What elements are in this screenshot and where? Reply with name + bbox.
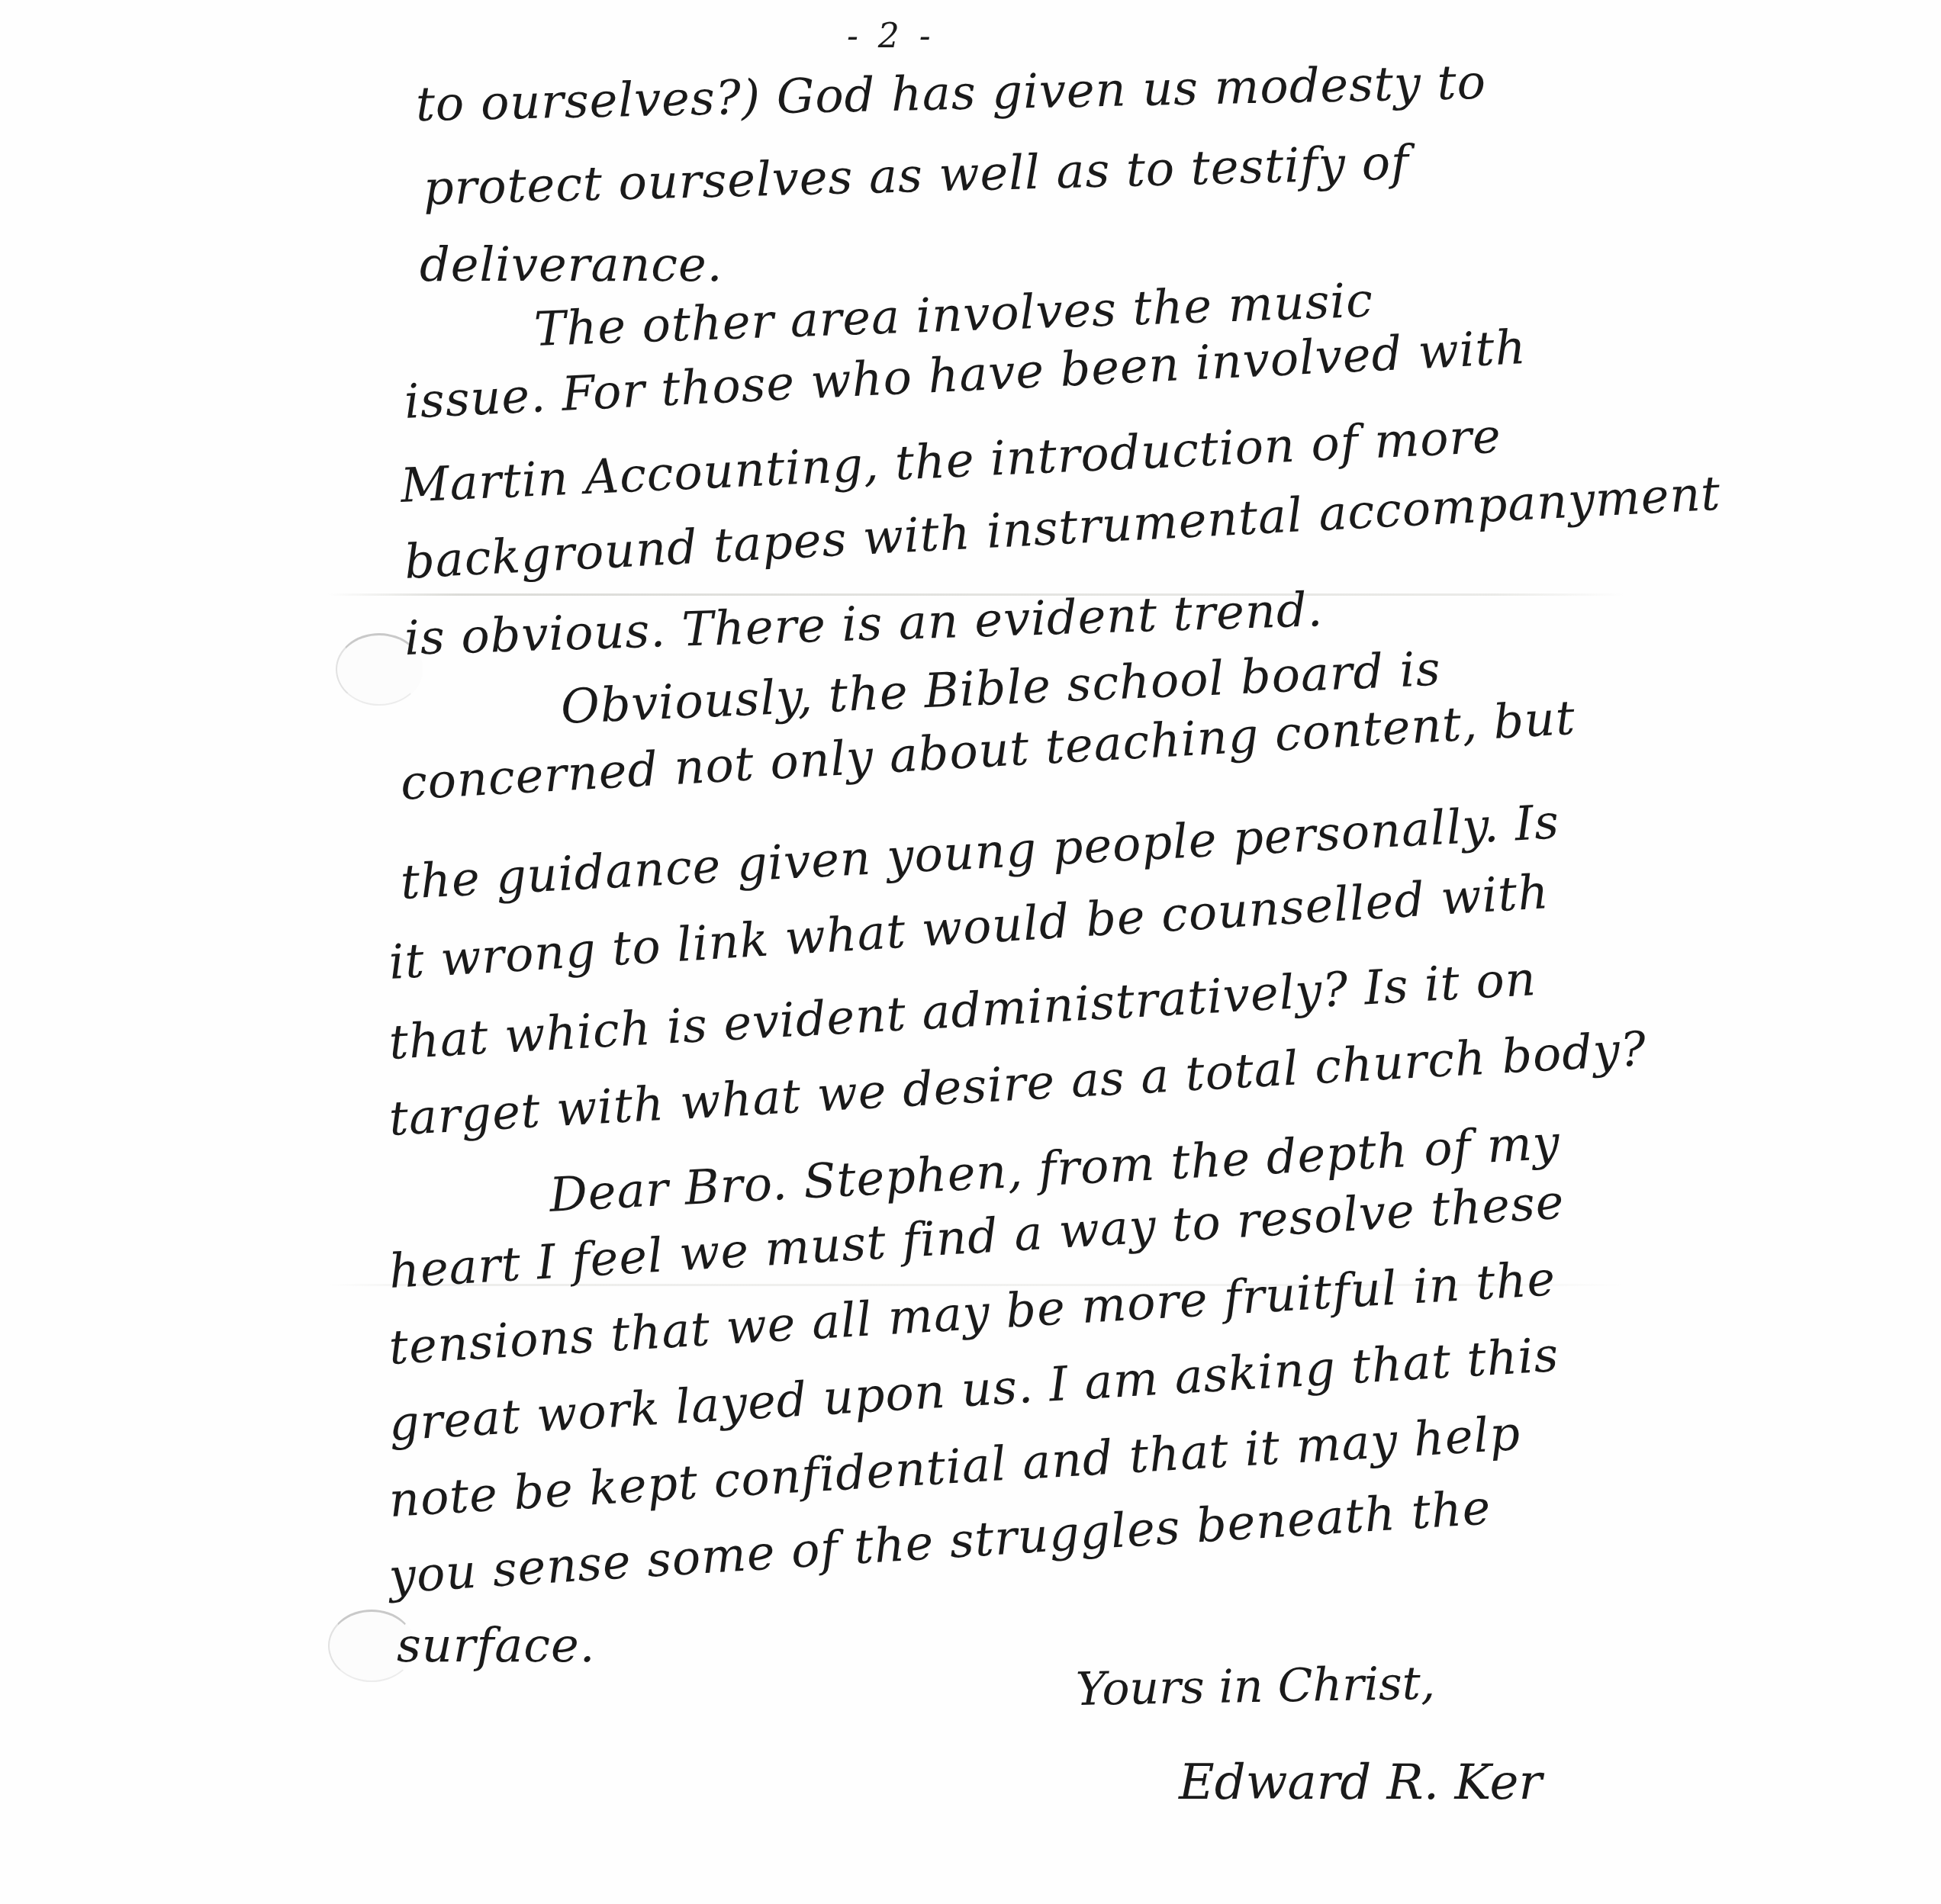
closing-salutation: Yours in Christ, [1075, 1657, 1435, 1716]
letter-line: deliverance. [420, 236, 723, 292]
letter-line: protect ourselves as well as to testify … [423, 134, 1410, 216]
letter-line: surface. [397, 1617, 595, 1673]
letter-line: to ourselves?) God has given us modesty … [415, 54, 1486, 132]
signature: Edward R. Ker [1179, 1754, 1542, 1811]
letter-page: - 2 - to ourselves?) God has given us mo… [0, 0, 1941, 1904]
page-number: - 2 - [847, 17, 935, 56]
